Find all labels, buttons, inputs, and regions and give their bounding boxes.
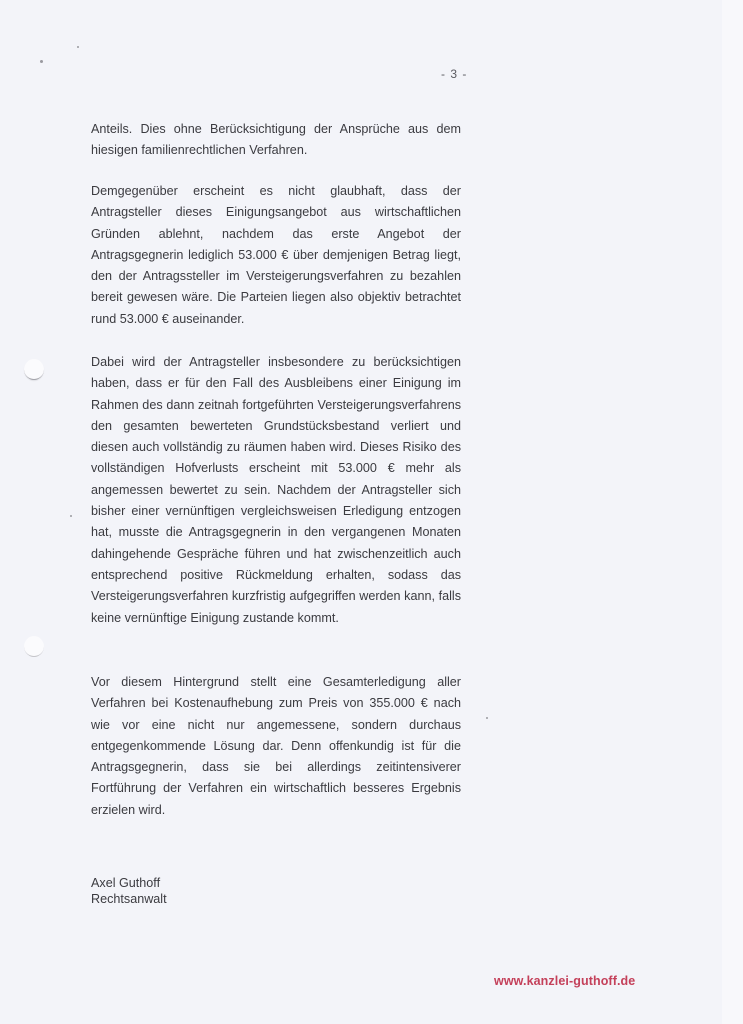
paragraph: Demgegenüber erscheint es nicht glaubhaf… — [91, 181, 461, 330]
scan-speck — [77, 46, 79, 48]
punch-hole — [24, 359, 44, 380]
paragraph-text: Vor diesem Hintergrund stellt eine Gesam… — [91, 672, 461, 821]
signature-block: Axel Guthoff Rechtsanwalt — [91, 875, 167, 907]
signatory-title: Rechtsanwalt — [91, 891, 167, 907]
document-page: - 3 - Anteils. Dies ohne Berücksichtigun… — [0, 0, 722, 1024]
website-link[interactable]: www.kanzlei-guthoff.de — [494, 974, 635, 988]
scan-speck — [40, 60, 43, 63]
scan-speck — [486, 717, 488, 719]
scan-speck — [70, 515, 72, 517]
paragraph-text: Anteils. Dies ohne Berücksichtigung der … — [91, 119, 461, 162]
paragraph: Dabei wird der Antragsteller insbesonder… — [91, 352, 461, 629]
page-edge — [722, 0, 743, 1024]
page-number: - 3 - — [441, 67, 467, 81]
punch-hole — [24, 636, 44, 657]
paragraph-text: Demgegenüber erscheint es nicht glaubhaf… — [91, 181, 461, 330]
paragraph-text: Dabei wird der Antragsteller insbesonder… — [91, 352, 461, 629]
paragraph: Anteils. Dies ohne Berücksichtigung der … — [91, 119, 461, 162]
paragraph: Vor diesem Hintergrund stellt eine Gesam… — [91, 672, 461, 821]
signatory-name: Axel Guthoff — [91, 875, 167, 891]
